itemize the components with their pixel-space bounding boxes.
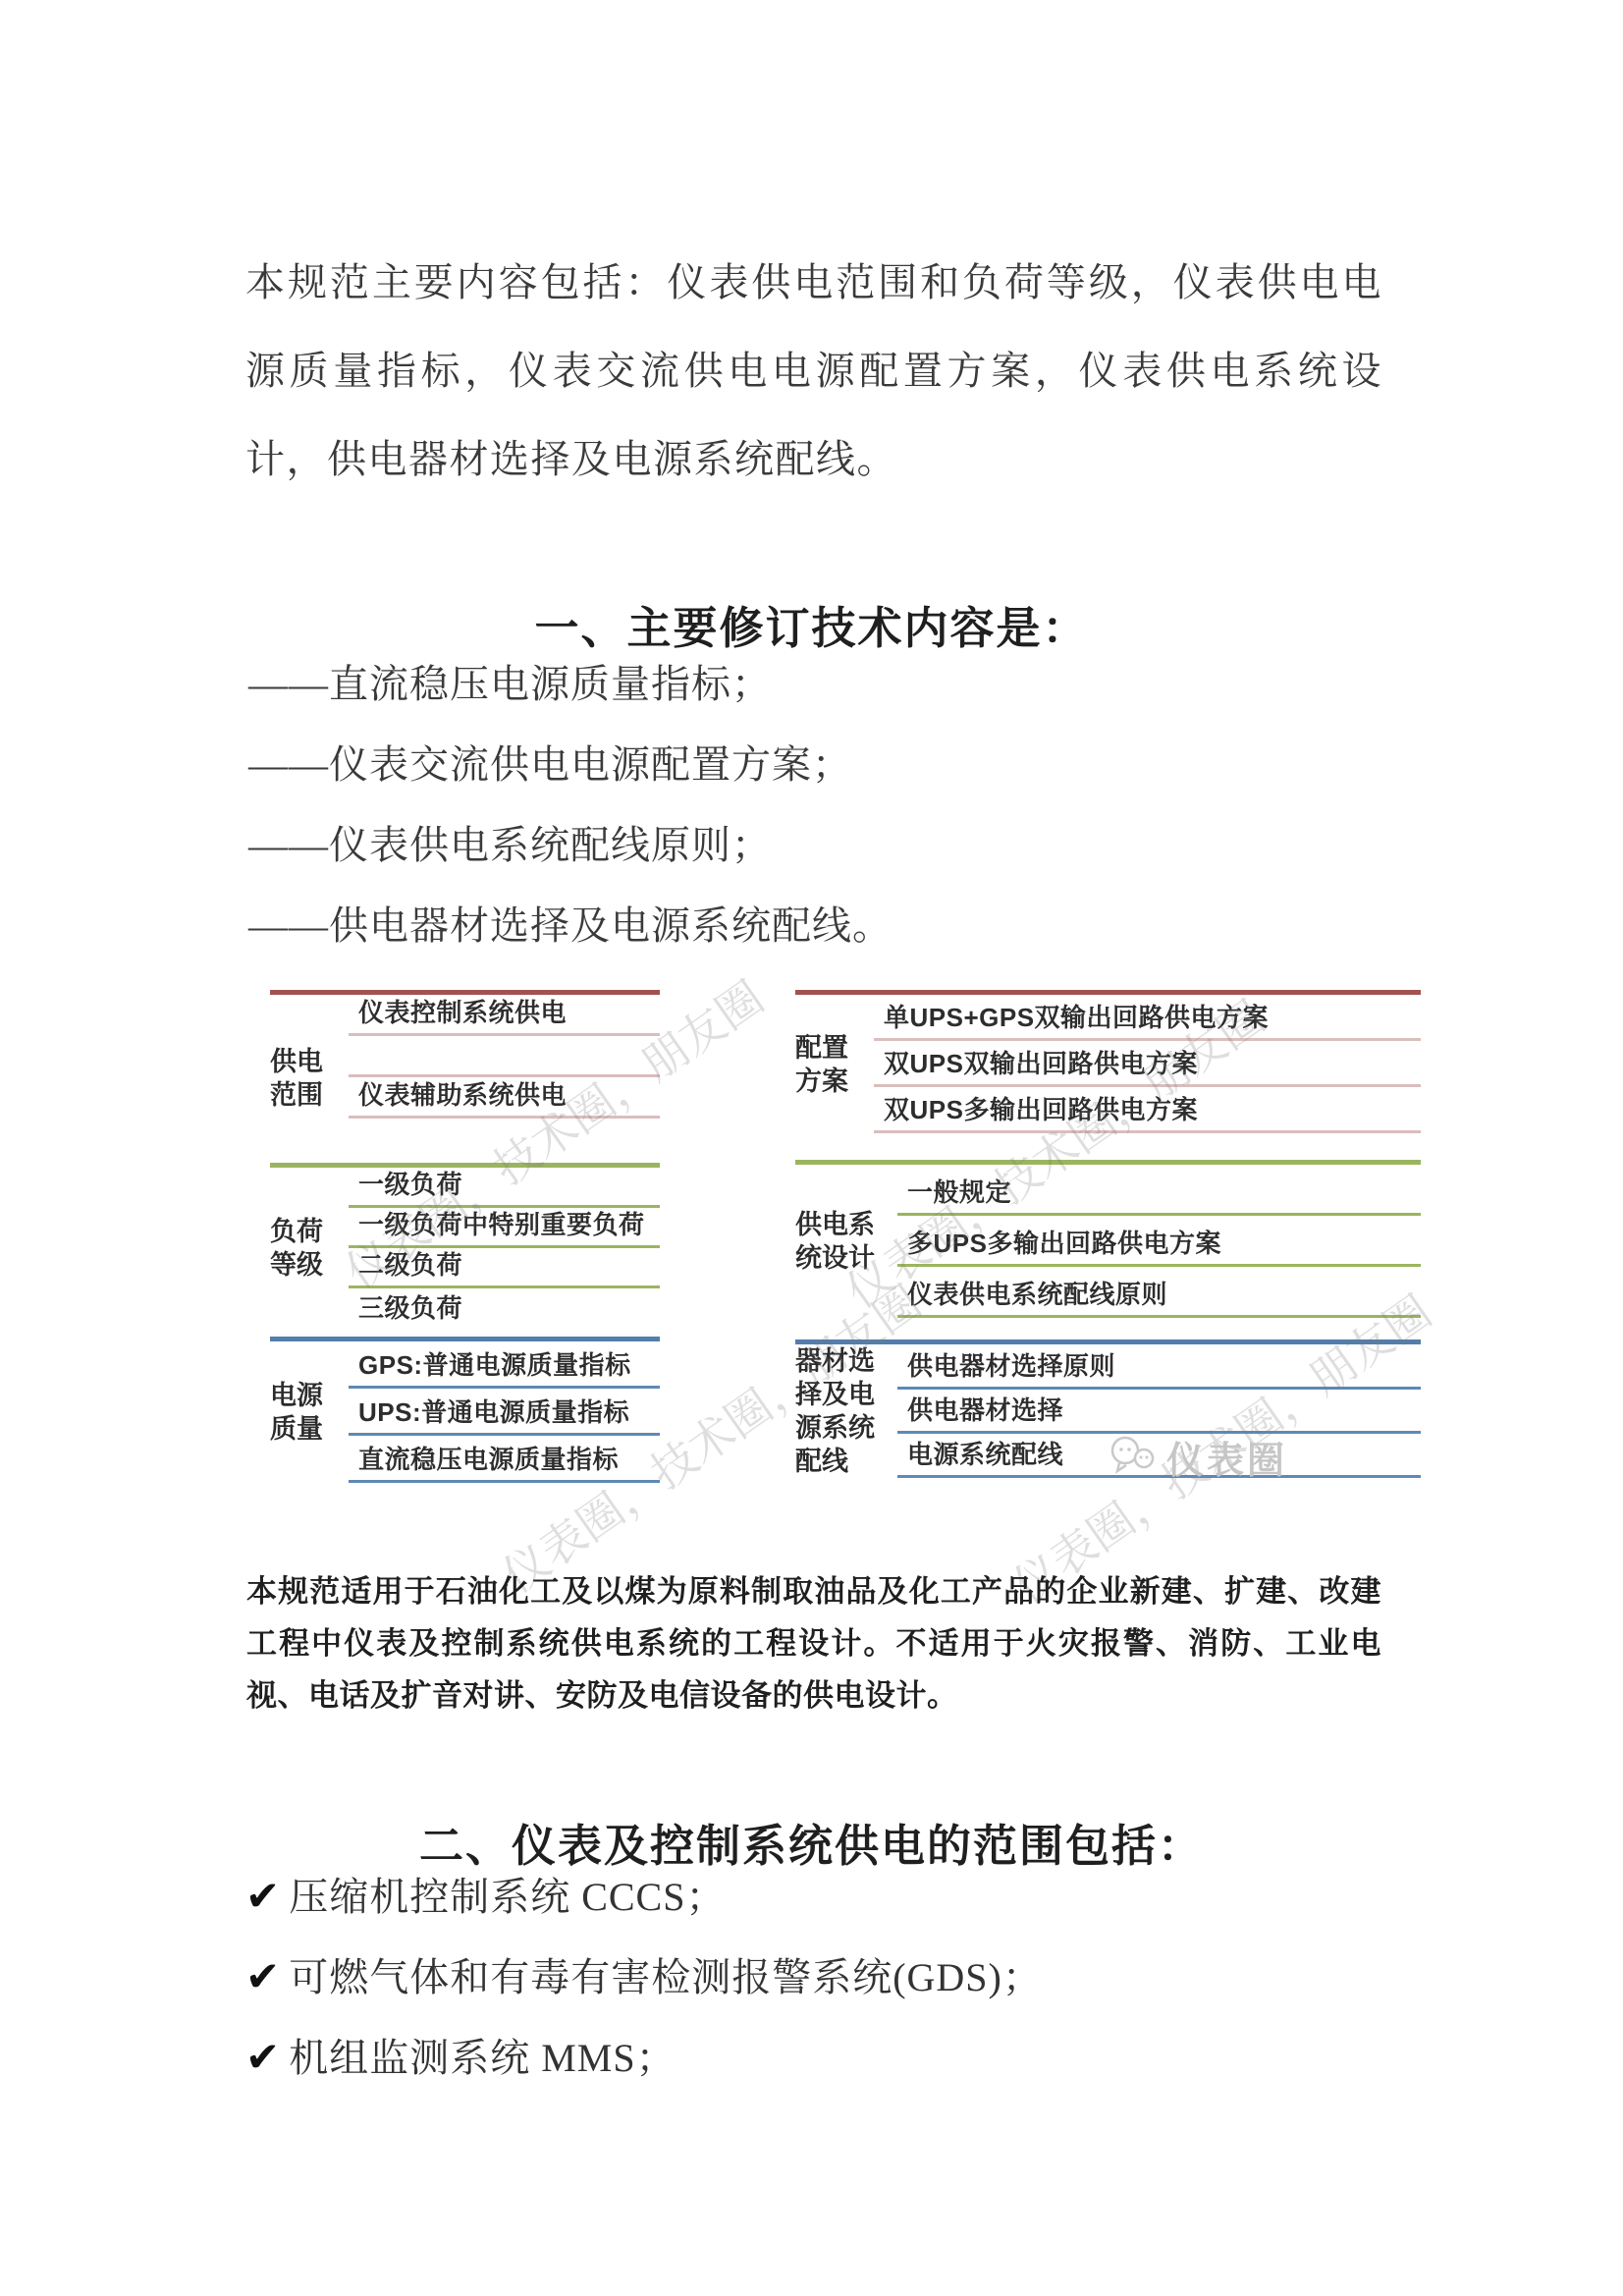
diagram-group-system-design: 供电系统设计 一般规定 多UPS多输出回路供电方案 仪表供电系统配线原则 <box>795 1160 1421 1318</box>
diagram-item-row: 一般规定 <box>897 1165 1421 1216</box>
check-item-text: 压缩机控制系统 CCCS； <box>289 1875 726 1919</box>
diagram-group-power-scope: 供电范围 仪表控制系统供电 仪表辅助系统供电 <box>270 990 660 1119</box>
revision-list: ——直流稳压电源质量指标； ——仪表交流供电电源配置方案； ——仪表供电系统配线… <box>248 644 893 966</box>
revision-item: ——供电器材选择及电源系统配线。 <box>248 886 893 966</box>
diagram-item-row: 直流稳压电源质量指标 <box>349 1436 660 1483</box>
diagram-group-load-levels: 负荷等级 一级负荷 一级负荷中特别重要负荷 二级负荷 三级负荷 <box>270 1163 660 1329</box>
diagram-item-row <box>349 1036 660 1077</box>
group-label: 电源质量 <box>270 1379 331 1446</box>
document-page: 本规范主要内容包括：仪表供电范围和负荷等级，仪表供电电源质量指标，仪表交流供电电… <box>0 0 1623 2296</box>
group-label: 供电范围 <box>270 1045 331 1112</box>
diagram-right-column: 配置方案 单UPS+GPS双输出回路供电方案 双UPS双输出回路供电方案 双UP… <box>795 990 1421 1478</box>
diagram-item-row: 供电器材选择 <box>897 1390 1421 1434</box>
diagram-item-row: 双UPS双输出回路供电方案 <box>874 1041 1421 1087</box>
check-item-text: 可燃气体和有毒有害检测报警系统(GDS)； <box>289 1955 1043 1999</box>
diagram-item-row: UPS:普通电源质量指标 <box>349 1389 660 1436</box>
intro-paragraph: 本规范主要内容包括：仪表供电范围和负荷等级，仪表供电电源质量指标，仪表交流供电电… <box>245 239 1382 504</box>
revision-item: ——仪表供电系统配线原则； <box>248 805 893 886</box>
supply-range-list: ✔压缩机控制系统 CCCS； ✔可燃气体和有毒有害检测报警系统(GDS)； ✔机… <box>245 1856 1043 2098</box>
diagram-item-row: 二级负荷 <box>349 1248 660 1288</box>
diagram-group-config-schemes: 配置方案 单UPS+GPS双输出回路供电方案 双UPS双输出回路供电方案 双UP… <box>795 990 1421 1133</box>
group-label: 负荷等级 <box>270 1215 331 1282</box>
yibiaoquan-logo: 仪表圈 <box>1108 1430 1287 1484</box>
chat-face-icon <box>1108 1432 1159 1482</box>
diagram-group-power-quality: 电源质量 GPS:普通电源质量指标 UPS:普通电源质量指标 直流稳压电源质量指… <box>270 1337 660 1483</box>
diagram-item-row: 仪表供电系统配线原则 <box>897 1267 1421 1318</box>
checkmark-icon: ✔ <box>245 1872 281 1920</box>
diagram-item-row: 多UPS多输出回路供电方案 <box>897 1216 1421 1267</box>
revision-item: ——仪表交流供电电源配置方案； <box>248 725 893 805</box>
diagram-item-row: 单UPS+GPS双输出回路供电方案 <box>874 995 1421 1041</box>
check-item: ✔机组监测系统 MMS； <box>245 2017 1043 2098</box>
check-item: ✔可燃气体和有毒有害检测报警系统(GDS)； <box>245 1937 1043 2017</box>
logo-text: 仪表圈 <box>1166 1430 1287 1484</box>
checkmark-icon: ✔ <box>245 1952 281 2000</box>
checkmark-icon: ✔ <box>245 2033 281 2081</box>
scope-paragraph: 本规范适用于石油化工及以煤为原料制取油品及化工产品的企业新建、扩建、改建工程中仪… <box>246 1565 1381 1722</box>
diagram-item-row: 三级负荷 <box>349 1288 660 1329</box>
diagram-item-row: 仪表辅助系统供电 <box>349 1077 660 1119</box>
diagram-item-row: 仪表控制系统供电 <box>349 995 660 1036</box>
diagram-item-row: 一级负荷 <box>349 1168 660 1208</box>
revision-item: ——直流稳压电源质量指标； <box>248 644 893 725</box>
check-item-text: 机组监测系统 MMS； <box>289 2036 676 2080</box>
diagram-item-row: 供电器材选择原则 <box>897 1345 1421 1390</box>
diagram-item-row: 一级负荷中特别重要负荷 <box>349 1208 660 1248</box>
group-label: 配置方案 <box>795 1031 858 1098</box>
group-label: 器材选择及电源系统配线 <box>795 1344 884 1478</box>
diagram-left-column: 供电范围 仪表控制系统供电 仪表辅助系统供电 负荷等级 一级负荷 一级负荷中特别… <box>270 990 660 1483</box>
diagram-item-row: 双UPS多输出回路供电方案 <box>874 1087 1421 1133</box>
check-item: ✔压缩机控制系统 CCCS； <box>245 1856 1043 1937</box>
diagram-item-row: GPS:普通电源质量指标 <box>349 1341 660 1389</box>
group-label: 供电系统设计 <box>795 1208 884 1275</box>
